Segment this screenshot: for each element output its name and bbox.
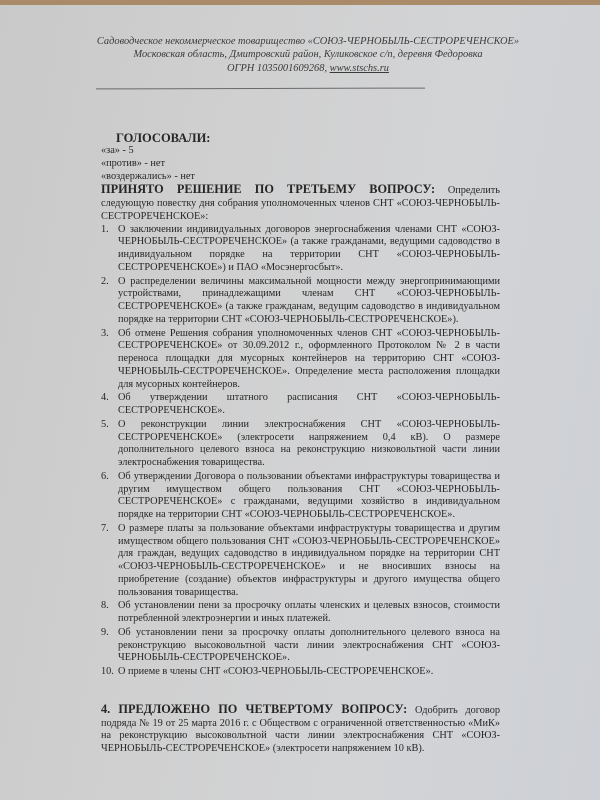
proposal-lead: 4. ПРЕДЛОЖЕНО ПО ЧЕТВЕРТОМУ ВОПРОСУ:: [101, 702, 407, 716]
agenda-item-number: 1.: [101, 224, 109, 237]
org-address: Московская область, Дмитровский район, К…: [96, 48, 520, 61]
agenda-item-number: 7.: [101, 523, 109, 536]
agenda-item: 5.О реконструкции линии электроснабжения…: [101, 419, 500, 470]
agenda-item: 1.О заключении индивидуальных договоров …: [101, 224, 500, 275]
voting-heading: ГОЛОСОВАЛИ:: [116, 131, 500, 145]
proposal-fourth-question: 4. ПРЕДЛОЖЕНО ПО ЧЕТВЕРТОМУ ВОПРОСУ: Одо…: [101, 703, 500, 756]
letterhead-divider: [96, 88, 425, 90]
agenda-item-number: 9.: [101, 627, 109, 640]
website-link[interactable]: www.stschs.ru: [330, 63, 389, 74]
vote-for: «за» - 5: [101, 145, 500, 158]
agenda-item-text: Об утверждении штатного расписания СНТ «…: [118, 392, 500, 416]
org-name: Садоводческое некоммерческое товариществ…: [96, 35, 520, 48]
agenda-item-text: О размере платы за пользование объектами…: [118, 523, 500, 598]
agenda-item-number: 6.: [101, 471, 109, 484]
vote-against: «против» - нет: [101, 158, 500, 171]
document-page: Садоводческое некоммерческое товариществ…: [0, 5, 600, 800]
agenda-item: 8.Об установлении пени за просрочку опла…: [101, 600, 500, 626]
agenda-item-text: О реконструкции линии электроснабжения С…: [118, 419, 500, 468]
agenda-item-number: 2.: [101, 276, 109, 289]
agenda-list: 1.О заключении индивидуальных договоров …: [101, 224, 500, 679]
agenda-item-text: О приеме в члены СНТ «СОЮЗ-ЧЕРНОБЫЛЬ-СЕС…: [118, 666, 433, 677]
document-body: ГОЛОСОВАЛИ: «за» - 5 «против» - нет «воз…: [101, 131, 500, 756]
agenda-item: 7.О размере платы за пользование объекта…: [101, 523, 500, 600]
agenda-item-text: Об утверждении Договора о пользовании об…: [118, 471, 500, 520]
agenda-item: 10.О приеме в члены СНТ «СОЮЗ-ЧЕРНОБЫЛЬ-…: [101, 666, 500, 679]
agenda-item: 4.Об утверждении штатного расписания СНТ…: [101, 392, 500, 418]
agenda-item-number: 10.: [101, 666, 114, 679]
agenda-item: 3.Об отмене Решения собрания уполномочен…: [101, 328, 500, 392]
agenda-item-number: 8.: [101, 600, 109, 613]
agenda-item-text: О распределении величины максимальной мо…: [118, 276, 500, 325]
agenda-item-text: О заключении индивидуальных договоров эн…: [118, 224, 500, 273]
agenda-item-number: 3.: [101, 328, 109, 341]
agenda-item-text: Об отмене Решения собрания уполномоченны…: [118, 328, 500, 390]
org-registration: ОГРН 1035001609268, www.stschs.ru: [96, 62, 520, 75]
agenda-item-text: Об установлении пени за просрочку оплаты…: [118, 600, 500, 624]
letterhead: Садоводческое некоммерческое товариществ…: [96, 35, 520, 75]
agenda-item-text: Об установлении пени за просрочку оплаты…: [118, 627, 500, 664]
decision-lead: ПРИНЯТО РЕШЕНИЕ ПО ТРЕТЬЕМУ ВОПРОСУ:: [101, 182, 435, 196]
agenda-item-number: 4.: [101, 392, 109, 405]
agenda-item: 2.О распределении величины максимальной …: [101, 276, 500, 327]
ogrn: ОГРН 1035001609268,: [227, 63, 330, 74]
agenda-item-number: 5.: [101, 419, 109, 432]
agenda-item: 6.Об утверждении Договора о пользовании …: [101, 471, 500, 522]
agenda-item: 9.Об установлении пени за просрочку опла…: [101, 627, 500, 665]
decision-third-question: ПРИНЯТО РЕШЕНИЕ ПО ТРЕТЬЕМУ ВОПРОСУ: Опр…: [101, 183, 500, 223]
